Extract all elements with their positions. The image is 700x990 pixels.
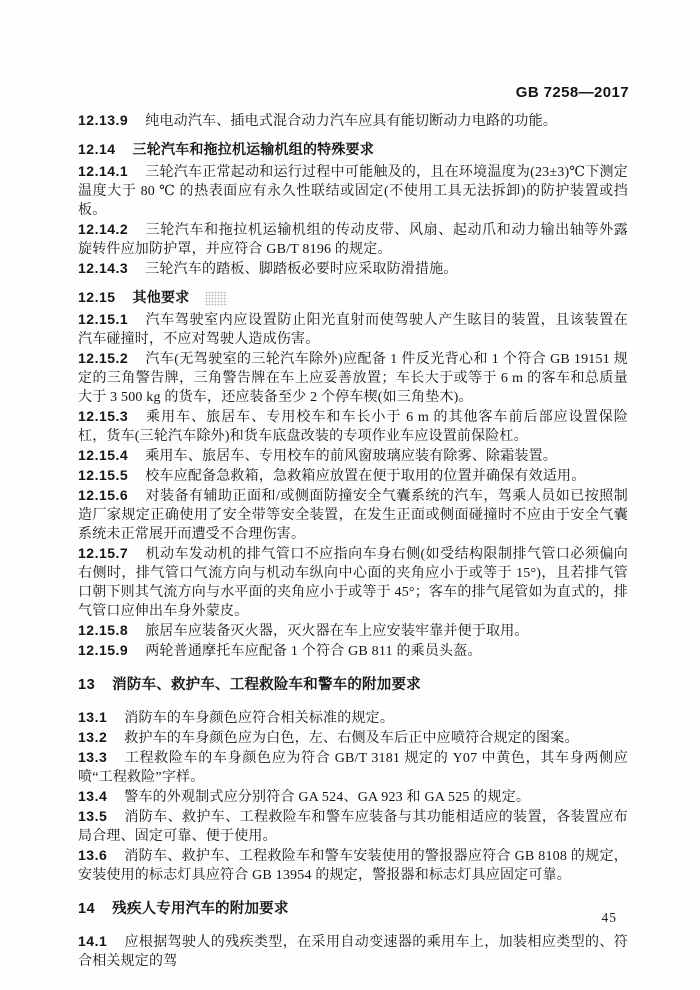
- document-content: 12.13.9纯电动汽车、插电式混合动力汽车应具有能切断动力电路的功能。12.1…: [78, 111, 628, 971]
- clause-text: 机动车发动机的排气管口不应指向车身右侧(如受结构限制排气管口必须偏向右侧时，排气…: [78, 547, 628, 619]
- clause-number: 13.5: [78, 808, 107, 824]
- clause-13-1: 13.1消防车的车身颜色应符合相关标准的规定。: [78, 708, 628, 728]
- clause-number: 13.2: [78, 729, 107, 745]
- clause-text: 消防车、救护车、工程救险车和警车安装使用的警报器应符合 GB 8108 的规定，…: [78, 849, 628, 883]
- clause-number: 14.1: [78, 933, 107, 949]
- clause-number: 12.15.5: [78, 467, 128, 483]
- clause-12-15: 12.15其他要求: [78, 288, 628, 307]
- document-page: GB 7258—2017 12.13.9纯电动汽车、插电式混合动力汽车应具有能切…: [0, 0, 700, 990]
- clause-text: 乘用车、旅居车、专用校车的前风窗玻璃应装有除雾、除霜装置。: [145, 449, 557, 464]
- page-footer: 45: [602, 910, 618, 926]
- clause-text: 其他要求: [133, 289, 190, 305]
- clause-text: 三轮汽车和拖拉机运输机组的传动皮带、风扇、起动爪和动力输出轴等外露旋转件应加防护…: [78, 223, 628, 257]
- clause-number: 12.15.3: [78, 408, 128, 424]
- clause-12-14-1: 12.14.1三轮汽车正常起动和运行过程中可能触及的，且在环境温度为(23±3)…: [78, 162, 628, 220]
- clause-14-1: 14.1应根据驾驶人的残疾类型，在采用自动变速器的乘用车上，加装相应类型的、符合…: [78, 932, 628, 971]
- clause-12-15-3: 12.15.3乘用车、旅居车、专用校车和车长小于 6 m 的其他客车前后部应设置…: [78, 407, 628, 446]
- clause-number: 12.14: [78, 141, 116, 157]
- clause-text: 消防车、救护车、工程救险车和警车的附加要求: [112, 677, 421, 693]
- clause-12-15-8: 12.15.8旅居车应装备灭火器，灭火器在车上应安装牢靠并便于取用。: [78, 621, 628, 641]
- clause-number: 12.15.7: [78, 545, 128, 561]
- clause-12-15-9: 12.15.9两轮普通摩托车应配备 1 个符合 GB 811 的乘员头盔。: [78, 641, 628, 661]
- clause-text: 校车应配备急救箱，急救箱应放置在便于取用的位置并确保有效适用。: [145, 469, 585, 484]
- clause-text: 三轮汽车的踏板、脚踏板必要时应采取防滑措施。: [145, 262, 457, 277]
- clause-13-5: 13.5消防车、救护车、工程救险车和警车应装备与其功能相适应的装置，各装置应布局…: [78, 807, 628, 846]
- clause-number: 13: [78, 677, 95, 693]
- clause-number: 12.15.1: [78, 311, 128, 327]
- clause-text: 救护车的车身颜色应为白色，左、右侧及车后正中应喷符合规定的图案。: [124, 731, 578, 746]
- clause-12-15-7: 12.15.7机动车发动机的排气管口不应指向车身右侧(如受结构限制排气管口必须偏…: [78, 544, 628, 621]
- standard-number: GB 7258—2017: [516, 84, 629, 101]
- clause-text: 旅居车应装备灭火器，灭火器在车上应安装牢靠并便于取用。: [145, 624, 528, 639]
- clause-13-2: 13.2救护车的车身颜色应为白色，左、右侧及车后正中应喷符合规定的图案。: [78, 728, 628, 748]
- clause-12-13-9: 12.13.9纯电动汽车、插电式混合动力汽车应具有能切断动力电路的功能。: [78, 111, 628, 131]
- clause-number: 14: [78, 901, 95, 917]
- clause-text: 对装备有辅助正面和/或侧面防撞安全气囊系统的汽车，驾乘人员如已按照制造厂家规定正…: [78, 489, 628, 542]
- clause-number: 12.15.6: [78, 487, 128, 503]
- clause-12-15-5: 12.15.5校车应配备急救箱，急救箱应放置在便于取用的位置并确保有效适用。: [78, 466, 628, 486]
- clause-12-14: 12.14三轮汽车和拖拉机运输机组的特殊要求: [78, 140, 628, 159]
- clause-text: 残疾人专用汽车的附加要求: [112, 901, 288, 917]
- clause-text: 消防车、救护车、工程救险车和警车应装备与其功能相适应的装置，各装置应布局合理、固…: [78, 810, 628, 844]
- clause-number: 12.13.9: [78, 112, 128, 128]
- page-header: GB 7258—2017: [516, 84, 629, 101]
- clause-number: 12.14.3: [78, 260, 128, 276]
- clause-number: 12.15.8: [78, 622, 128, 638]
- clause-text: 汽车(无驾驶室的三轮汽车除外)应配备 1 件反光背心和 1 个符合 GB 191…: [78, 352, 628, 405]
- clause-13-3: 13.3工程救险车的车身颜色应为符合 GB/T 3181 规定的 Y07 中黄色…: [78, 748, 628, 787]
- clause-number: 13.1: [78, 709, 107, 725]
- clause-text: 消防车的车身颜色应符合相关标准的规定。: [124, 711, 394, 726]
- clause-number: 12.15.2: [78, 350, 128, 366]
- clause-number: 13.4: [78, 788, 107, 804]
- clause-13: 13消防车、救护车、工程救险车和警车的附加要求: [78, 676, 628, 695]
- clause-text: 三轮汽车和拖拉机运输机组的特殊要求: [133, 141, 374, 157]
- clause-text: 乘用车、旅居车、专用校车和车长小于 6 m 的其他客车前后部应设置保险杠，货车(…: [78, 410, 628, 444]
- clause-13-4: 13.4警车的外观制式应分别符合 GA 524、GA 923 和 GA 525 …: [78, 787, 628, 807]
- clause-13-6: 13.6消防车、救护车、工程救险车和警车安装使用的警报器应符合 GB 8108 …: [78, 846, 628, 885]
- clause-12-15-6: 12.15.6对装备有辅助正面和/或侧面防撞安全气囊系统的汽车，驾乘人员如已按照…: [78, 486, 628, 544]
- clause-number: 13.3: [78, 749, 107, 765]
- clause-text: 工程救险车的车身颜色应为符合 GB/T 3181 规定的 Y07 中黄色，其车身…: [78, 751, 628, 785]
- clause-text: 汽车驾驶室内应设置防止阳光直射而使驾驶人产生眩目的装置，且该装置在汽车碰撞时，不…: [78, 313, 628, 347]
- clause-12-14-3: 12.14.3三轮汽车的踏板、脚踏板必要时应采取防滑措施。: [78, 259, 628, 279]
- clause-number: 12.15: [78, 289, 116, 305]
- clause-number: 12.14.1: [78, 163, 128, 179]
- clause-text: 纯电动汽车、插电式混合动力汽车应具有能切断动力电路的功能。: [145, 114, 557, 129]
- clause-number: 12.15.9: [78, 642, 128, 658]
- page-number: 45: [602, 910, 618, 925]
- clause-12-15-1: 12.15.1汽车驾驶室内应设置防止阳光直射而使驾驶人产生眩目的装置，且该装置在…: [78, 310, 628, 349]
- clause-12-15-4: 12.15.4乘用车、旅居车、专用校车的前风窗玻璃应装有除雾、除霜装置。: [78, 446, 628, 466]
- clause-number: 12.15.4: [78, 447, 128, 463]
- scan-smudge: [205, 291, 227, 306]
- clause-text: 警车的外观制式应分别符合 GA 524、GA 923 和 GA 525 的规定。: [124, 790, 530, 805]
- clause-text: 应根据驾驶人的残疾类型，在采用自动变速器的乘用车上，加装相应类型的、符合相关规定…: [78, 935, 628, 969]
- clause-text: 两轮普通摩托车应配备 1 个符合 GB 811 的乘员头盔。: [145, 644, 481, 659]
- clause-14: 14残疾人专用汽车的附加要求: [78, 900, 628, 919]
- clause-12-15-2: 12.15.2汽车(无驾驶室的三轮汽车除外)应配备 1 件反光背心和 1 个符合…: [78, 349, 628, 407]
- clause-number: 12.14.2: [78, 221, 128, 237]
- clause-number: 13.6: [78, 847, 107, 863]
- clause-text: 三轮汽车正常起动和运行过程中可能触及的，且在环境温度为(23±3)℃下测定温度大…: [78, 165, 628, 218]
- clause-12-14-2: 12.14.2三轮汽车和拖拉机运输机组的传动皮带、风扇、起动爪和动力输出轴等外露…: [78, 220, 628, 259]
